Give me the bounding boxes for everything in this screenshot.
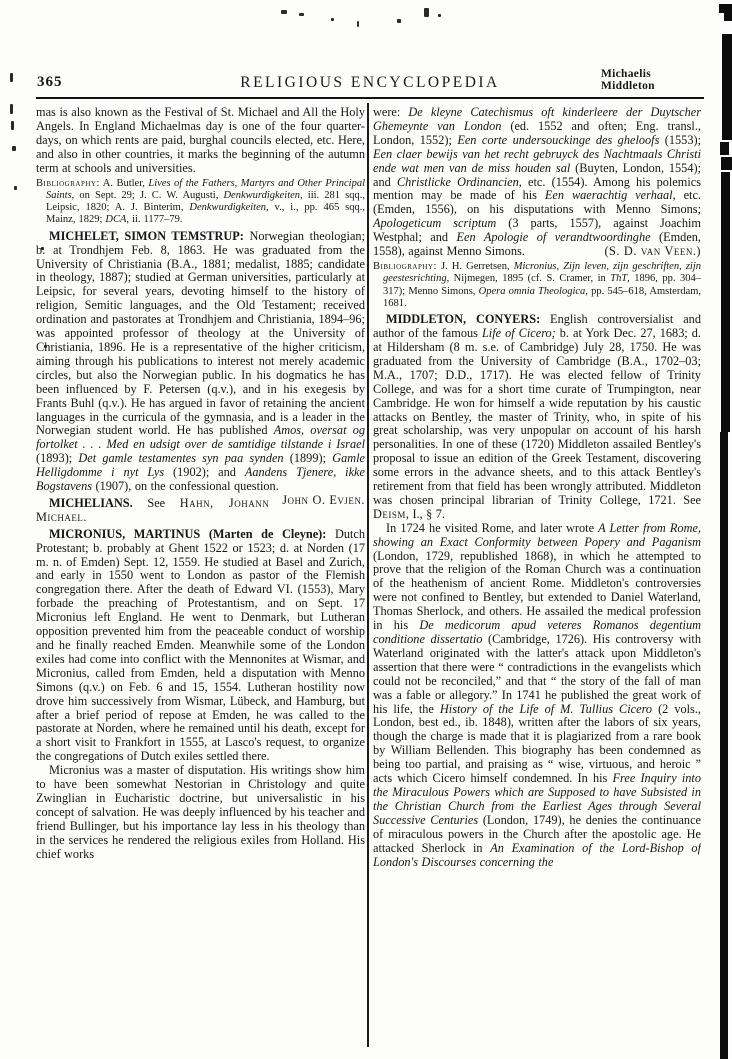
text-run: , on Sept. 29; J. C. W. Augusti, — [72, 190, 224, 201]
entry-paragraph: MICRONIUS, MARTINUS (Marten de Cleyne): … — [36, 528, 365, 764]
text-paragraph: mas is also known as the Festival of St.… — [36, 106, 365, 176]
text-run: See — [133, 496, 180, 510]
running-head-keyword-first: Michaelis — [601, 68, 655, 80]
text-run: Dutch Protestant; b. probably at Ghent 1… — [36, 527, 365, 764]
scan-speck — [11, 121, 14, 130]
text-run: Opera omnia Theologica — [479, 286, 586, 297]
text-run: (1553); — [659, 133, 701, 147]
text-run: , I., § 7. — [406, 507, 445, 521]
text-run: (1893); — [36, 451, 78, 465]
encyclopedia-page-scan: 365 RELIGIOUS ENCYCLOPEDIA Michaelis Mid… — [0, 0, 732, 1059]
text-run: , ii. 1177–79. — [126, 214, 182, 225]
text-run: Norwegian theologian; b. at Trondhjem Fe… — [36, 229, 365, 438]
column-divider-rule — [367, 103, 369, 1047]
entry-title: MIDDLETON, CONYERS: — [386, 312, 540, 326]
entry-paragraph: MICHELET, SIMON TEMSTRUP: Norwegian theo… — [36, 230, 365, 494]
text-paragraph: were: De kleyne Catechismus oft kinderle… — [373, 106, 701, 259]
text-column-left: mas is also known as the Festival of St.… — [36, 106, 365, 1054]
scan-artifact — [721, 157, 732, 170]
entry-title: MICHELET, SIMON TEMSTRUP: — [49, 229, 244, 243]
text-run: Micronius was a master of disputation. H… — [36, 763, 365, 860]
running-head-keyword-last: Middleton — [601, 80, 655, 92]
text-column-right: were: De kleyne Catechismus oft kinderle… — [373, 106, 701, 1054]
text-run: Denkwurdigkeiten — [223, 190, 300, 201]
scan-speck — [41, 247, 44, 250]
author-signature: John O. Evjen. — [269, 494, 365, 508]
text-run: (1907), on the confessional question. — [92, 479, 279, 493]
author-signature: (S. D. van Veen.) — [604, 245, 701, 259]
scan-artifact — [720, 142, 729, 155]
scan-speck — [281, 10, 287, 14]
text-run: were: — [373, 106, 408, 119]
page-number: 365 — [37, 74, 63, 91]
bibliography-paragraph: Bibliography: J. H. Gerretsen, Micronius… — [373, 261, 701, 310]
scan-speck — [397, 19, 401, 23]
text-run: Det gamle testamentes syn paa synden — [78, 451, 283, 465]
text-run: Denkwurdigkeiten — [189, 202, 266, 213]
scan-speck — [10, 73, 13, 82]
scan-speck — [438, 14, 441, 17]
text-run: J. H. Gerretsen, — [437, 261, 514, 272]
text-run: Christlicke Ordinancien — [397, 175, 519, 189]
text-run: (1902); and — [164, 465, 245, 479]
running-head-keywords: Michaelis Middleton — [601, 68, 655, 92]
scan-speck — [357, 21, 359, 27]
entry-paragraph: MIDDLETON, CONYERS: English controversia… — [373, 313, 701, 522]
text-run: Een waerachtig verhaal — [545, 188, 673, 202]
scan-artifact — [724, 11, 732, 21]
text-paragraph: In 1724 he visited Rome, and later wrote… — [373, 522, 701, 870]
scan-artifact — [721, 172, 730, 432]
text-run: mas is also known as the Festival of St.… — [36, 106, 365, 175]
text-run: Life of Cicero; — [482, 326, 556, 340]
scan-speck — [44, 345, 47, 348]
scan-speck — [424, 8, 429, 17]
text-paragraph: Micronius was a master of disputation. H… — [36, 764, 365, 861]
text-run: (1899); — [284, 451, 333, 465]
header-rule — [36, 97, 704, 99]
scan-speck — [12, 146, 16, 151]
text-run: Een Apologie of verandtwoordinghe — [457, 230, 651, 244]
scan-speck — [299, 13, 304, 16]
text-run: ThT — [610, 273, 627, 284]
bibliography-paragraph: Bibliography: A. Butler, Lives of the Fa… — [36, 178, 365, 227]
text-run: b. at York Dec. 27, 1683; d. at Hildersh… — [373, 326, 701, 507]
text-run: Apologeticum scriptum — [373, 216, 496, 230]
text-run: History of the Life of M. Tullius Cicero — [440, 702, 652, 716]
scan-speck — [14, 186, 17, 190]
text-run: Deism — [373, 507, 406, 521]
running-head-title: RELIGIOUS ENCYCLOPEDIA — [120, 74, 620, 92]
text-run: A. Butler, — [100, 178, 149, 189]
scan-speck — [10, 104, 13, 114]
text-run: Een corte undersouckinge des gheloofs — [457, 133, 659, 147]
entry-title: MICRONIUS, MARTINUS (Marten de Cleyne): — [49, 527, 326, 541]
text-run: DCA — [105, 214, 126, 225]
text-run: In 1724 he visited Rome, and later wrote — [386, 521, 598, 535]
text-run: Bibliography: — [36, 178, 100, 189]
scan-artifact — [722, 34, 732, 140]
text-run: Bibliography: — [373, 261, 437, 272]
scan-speck — [331, 18, 334, 21]
text-run: , Nijmegen, 1895 (cf. S. Cramer, in — [447, 273, 611, 284]
scan-artifact — [720, 432, 728, 1059]
entry-title: MICHELIANS. — [49, 496, 133, 510]
